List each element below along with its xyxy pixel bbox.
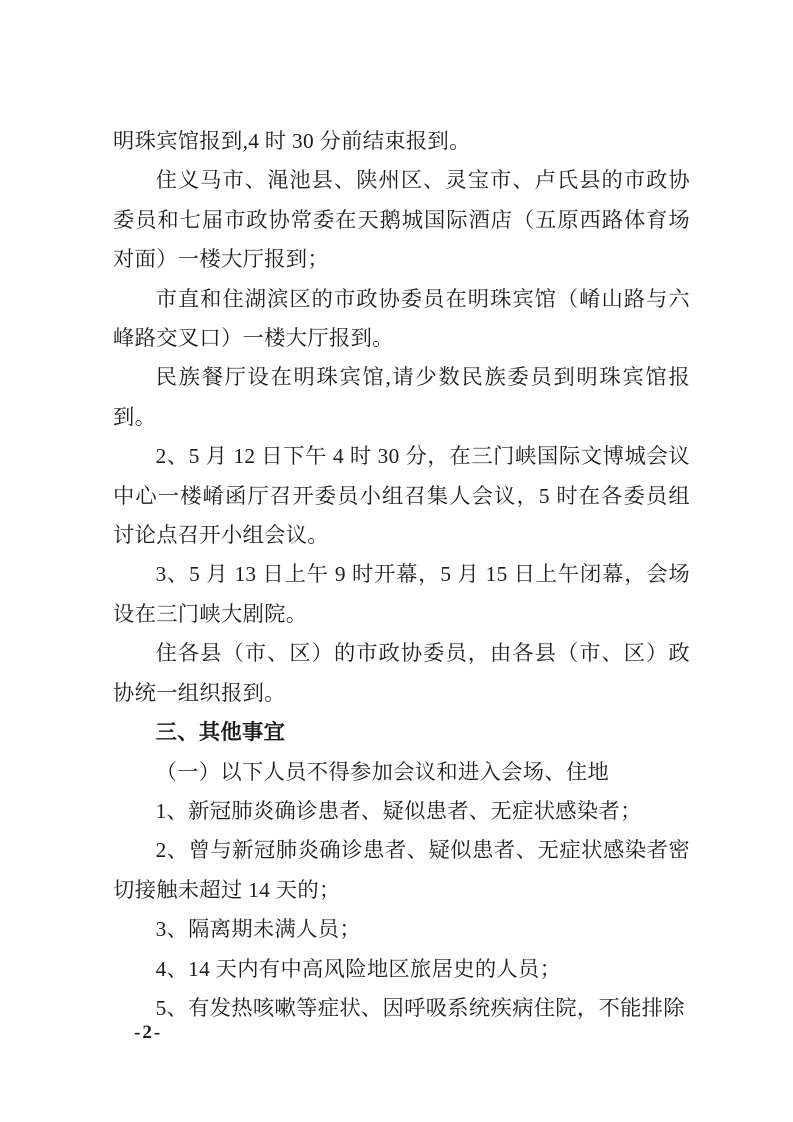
list-item-4-risk-area-travel: 4、14 天内有中高风险地区旅居史的人员； (113, 950, 690, 989)
paragraph-ethnic-dining: 民族餐厅设在明珠宾馆,请少数民族委员到明珠宾馆报到。 (113, 358, 690, 437)
page-number: -2- (134, 1022, 162, 1044)
list-item-1-confirmed-cases: 1、新冠肺炎确诊患者、疑似患者、无症状感染者； (113, 792, 690, 831)
list-item-3-quarantine-incomplete: 3、隔离期未满人员； (113, 910, 690, 949)
paragraph-item2-group-leader-meeting: 2、5 月 12 日下午 4 时 30 分，在三门峡国际文博城会议中心一楼崤函厅… (113, 437, 690, 555)
document-body: 明珠宾馆报到,4 时 30 分前结束报到。 住义马市、渑池县、陕州区、灵宝市、卢… (113, 122, 690, 1028)
paragraph-hotel-swan-city: 住义马市、渑池县、陕州区、灵宝市、卢氏县的市政协委员和七届市政协常委在天鹅城国际… (113, 161, 690, 279)
section-heading-other-matters: 三、其他事宜 (113, 713, 690, 752)
list-item-5-fever-symptoms: 5、有发热咳嗽等症状、因呼吸系统疾病住院，不能排除 (113, 989, 690, 1028)
paragraph-checkin-deadline: 明珠宾馆报到,4 时 30 分前结束报到。 (113, 122, 690, 161)
paragraph-hotel-mingzhu: 市直和住湖滨区的市政协委员在明珠宾馆（崤山路与六峰路交叉口）一楼大厅报到。 (113, 280, 690, 359)
paragraph-county-registration: 住各县（市、区）的市政协委员，由各县（市、区）政协统一组织报到。 (113, 634, 690, 713)
list-item-2-close-contacts: 2、曾与新冠肺炎确诊患者、疑似患者、无症状感染者密切接触未超过 14 天的； (113, 831, 690, 910)
subsection-heading-restricted-persons: （一）以下人员不得参加会议和进入会场、住地 (113, 753, 690, 792)
document-page: 明珠宾馆报到,4 时 30 分前结束报到。 住义马市、渑池县、陕州区、灵宝市、卢… (0, 0, 793, 1122)
paragraph-item3-opening-closing: 3、5 月 13 日上午 9 时开幕，5 月 15 日上午闭幕，会场设在三门峡大… (113, 555, 690, 634)
